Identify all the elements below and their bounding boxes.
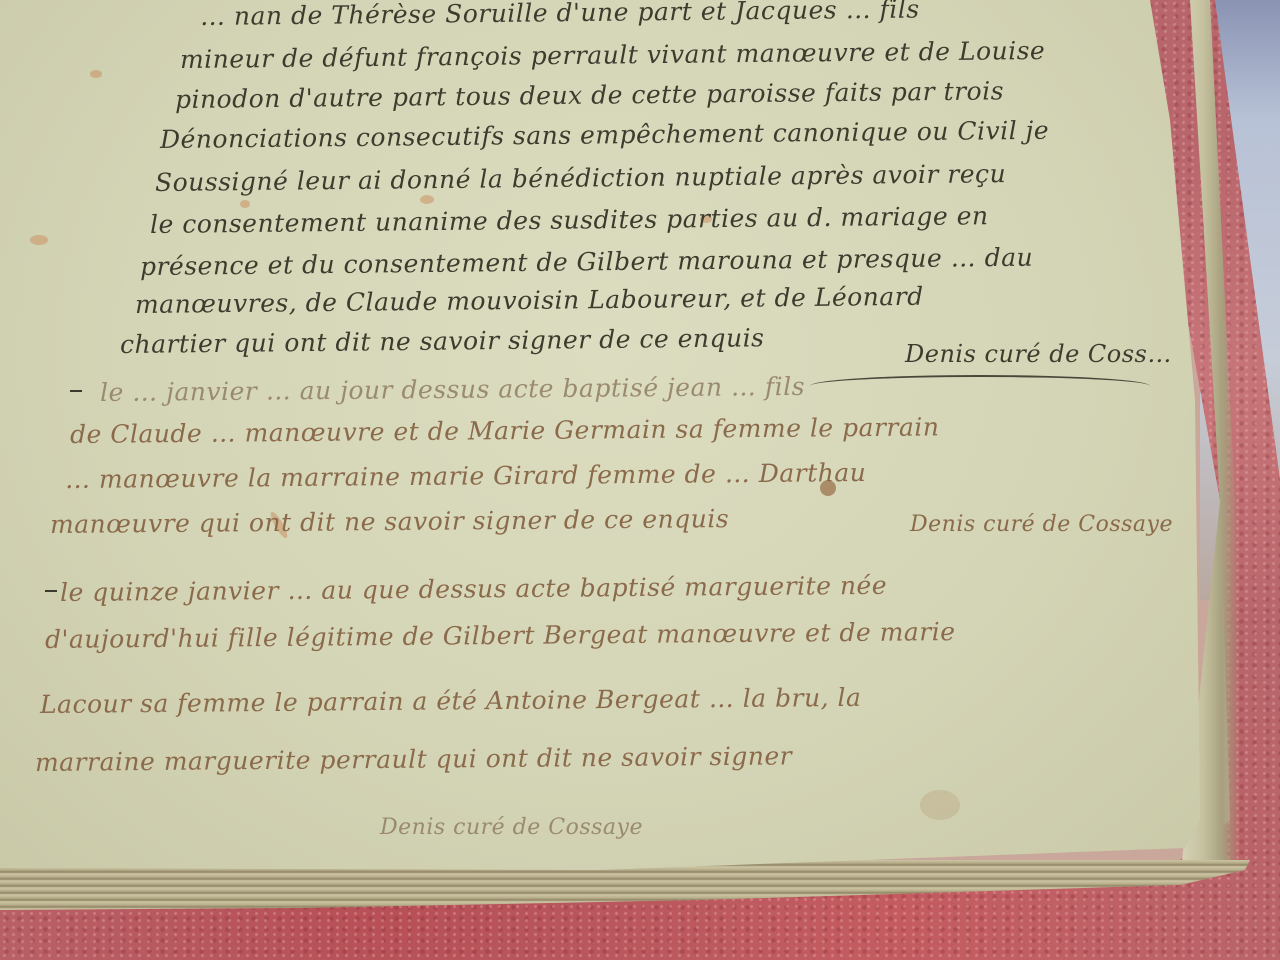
- priest-signature: Denis curé de Coss…: [905, 340, 1172, 368]
- entry-line: pinodon d'autre part tous deux de cette …: [175, 76, 1004, 114]
- priest-signature: Denis curé de Cossaye: [380, 815, 643, 840]
- entry-line: le … janvier … au jour dessus acte bapti…: [100, 372, 805, 407]
- entry-line: … nan de Thérèse Soruille d'une part et …: [200, 0, 920, 31]
- register-page: … nan de Thérèse Soruille d'une part et …: [0, 0, 1210, 880]
- entry-line: de Claude … manœuvre et de Marie Germain…: [70, 412, 940, 449]
- foxing-stain: [420, 195, 434, 204]
- signature-flourish: [810, 375, 1150, 397]
- water-stain: [920, 790, 960, 820]
- entry-line: d'aujourd'hui fille légitime de Gilbert …: [45, 617, 956, 654]
- entry-line: Lacour sa femme le parrain a été Antoine…: [40, 683, 862, 719]
- foxing-stain: [30, 235, 48, 245]
- entry-line: Soussigné leur ai donné la bénédiction n…: [155, 159, 1007, 197]
- entry-line: … manœuvre la marraine marie Girard femm…: [65, 458, 867, 494]
- foxing-stain: [240, 200, 250, 208]
- entry-line: le quinze janvier … au que dessus acte b…: [60, 571, 887, 607]
- entry-line: manœuvres, de Claude mouvoisin Laboureur…: [135, 282, 924, 319]
- entry-line: présence et du consentement de Gilbert m…: [140, 243, 1033, 281]
- margin-dash-marker: [70, 390, 82, 392]
- entry-line: manœuvre qui ont dit ne savoir signer de…: [50, 504, 729, 539]
- margin-dash-marker: [45, 590, 57, 592]
- entry-line: Dénonciations consecutifs sans empêcheme…: [160, 116, 1049, 154]
- entry-line: le consentement unanime des susdites par…: [150, 201, 989, 239]
- foxing-stain: [90, 70, 102, 78]
- entry-line: chartier qui ont dit ne savoir signer de…: [120, 323, 765, 359]
- priest-signature: Denis curé de Cossaye: [910, 512, 1173, 537]
- entry-line: mineur de défunt françois perrault vivan…: [180, 36, 1046, 74]
- entry-line: marraine marguerite perrault qui ont dit…: [35, 741, 792, 777]
